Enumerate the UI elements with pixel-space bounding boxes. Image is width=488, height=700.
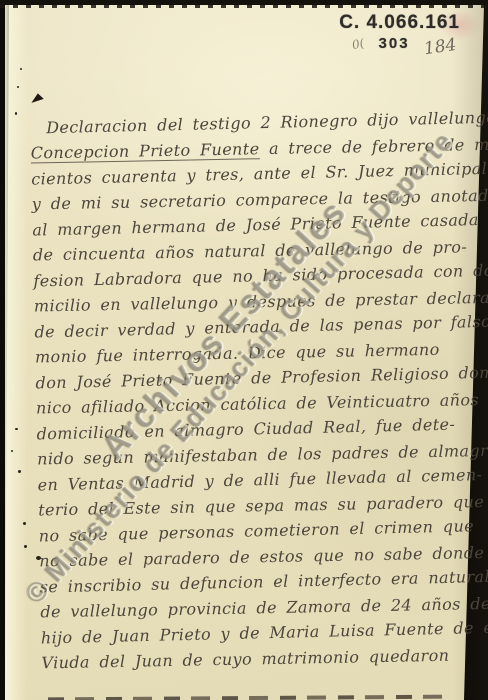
ink-speck bbox=[23, 522, 26, 525]
paper-left-edge-highlight bbox=[5, 5, 31, 700]
ink-speck bbox=[11, 450, 13, 452]
ink-speck bbox=[15, 428, 18, 430]
underlined-name: Concepcion Prieto Fuente bbox=[31, 139, 260, 163]
scanned-manuscript-page: C. 4.066.161 0( 303 184 Archivos Estatal… bbox=[0, 0, 488, 700]
archive-stamp-block: C. 4.066.161 0( 303 184 bbox=[339, 12, 460, 57]
ink-speck bbox=[18, 470, 21, 473]
ink-speck bbox=[20, 68, 22, 70]
ink-speck bbox=[15, 112, 17, 115]
scan-top-edge bbox=[0, 0, 488, 5]
ink-speck bbox=[17, 86, 19, 88]
pencil-folio-number: 184 bbox=[422, 35, 457, 59]
manuscript-lines: Declaracion del testigo 2 Rionegro dijo … bbox=[30, 109, 488, 679]
ink-note: 0( bbox=[351, 36, 366, 52]
ink-speck bbox=[24, 545, 27, 548]
archive-code-stamp: C. 4.066.161 bbox=[339, 12, 460, 34]
stamp-row: 0( 303 184 bbox=[339, 35, 460, 57]
page-number-stamp: 303 bbox=[379, 35, 410, 52]
